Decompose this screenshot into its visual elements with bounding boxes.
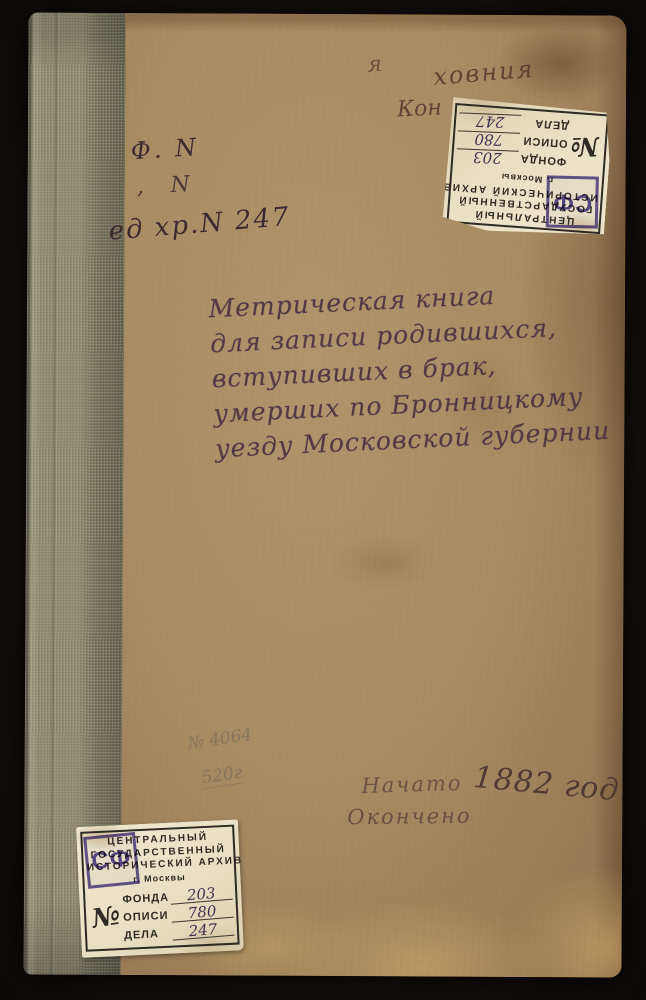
- opis-label: ОПИСИ: [519, 134, 568, 150]
- delo-value: 247: [459, 113, 522, 130]
- delo-value: 247: [171, 920, 234, 940]
- storage-unit-note: ед хр.N 247: [107, 202, 291, 247]
- spine-crease: [50, 13, 59, 975]
- finished-note: Окончено: [347, 804, 471, 830]
- archive-label-bottom: СФ ЦЕНТРАЛЬНЫЙ ГОСУДАРСТВЕННЫЙ ИСТОРИЧЕС…: [76, 819, 244, 957]
- year-note: 1882 год.: [472, 760, 626, 809]
- number-sign: №: [87, 900, 125, 935]
- archive-label-top: СФ ЦЕНТРАЛЬНЫЙ ГОСУДАРСТВЕННЫЙ ИСТОРИЧЕС…: [442, 97, 613, 239]
- cover-paper: я ховния Кон СФ ЦЕНТРАЛЬНЫЙ ГОСУДАРСТВЕН…: [120, 13, 626, 978]
- sf-stamp: СФ: [546, 175, 599, 228]
- faded-note-fragment: я: [366, 52, 382, 78]
- faded-note-fragment: Кон: [396, 95, 442, 122]
- photo-background: я ховния Кон СФ ЦЕНТРАЛЬНЫЙ ГОСУДАРСТВЕН…: [0, 0, 646, 1000]
- fond-value: 203: [456, 149, 519, 166]
- fond-value: 203: [170, 884, 233, 904]
- fond-number-note: Ф. N: [130, 133, 200, 165]
- fond-row: ФОНДА 203: [122, 885, 233, 905]
- delo-label: ДЕЛА: [521, 116, 570, 132]
- started-note: Начато: [361, 771, 463, 798]
- faded-note-fragment: ховния: [432, 55, 535, 91]
- delo-row: ДЕЛА 247: [124, 921, 235, 941]
- book-title: Метрическая книга для записи родившихся,…: [208, 274, 596, 467]
- pencil-note: № 4064: [187, 725, 254, 755]
- opis-row: ОПИСИ 780: [123, 903, 234, 923]
- archive-fields: № ФОНДА 203 ОПИСИ 780 ДЕЛА: [88, 884, 234, 946]
- fond-label: ФОНДА: [518, 152, 567, 168]
- number-sign: №: [567, 130, 602, 161]
- opis-number-note: , N: [136, 172, 200, 200]
- opis-value: 780: [457, 131, 520, 148]
- book-cover: я ховния Кон СФ ЦЕНТРАЛЬНЫЙ ГОСУДАРСТВЕН…: [23, 12, 626, 977]
- delo-label: ДЕЛА: [124, 927, 173, 941]
- fond-label: ФОНДА: [122, 891, 171, 905]
- archive-label-frame: СФ ЦЕНТРАЛЬНЫЙ ГОСУДАРСТВЕННЫЙ ИСТОРИЧЕС…: [80, 825, 239, 952]
- pencil-note: 520г: [200, 762, 244, 789]
- opis-value: 780: [171, 902, 234, 922]
- archive-fields: № ФОНДА 203 ОПИСИ 780 ДЕЛА: [456, 109, 604, 175]
- archive-label-frame: СФ ЦЕНТРАЛЬНЫЙ ГОСУДАРСТВЕННЫЙ ИСТОРИЧЕС…: [446, 103, 609, 234]
- sf-stamp: СФ: [83, 832, 140, 889]
- opis-label: ОПИСИ: [123, 909, 172, 923]
